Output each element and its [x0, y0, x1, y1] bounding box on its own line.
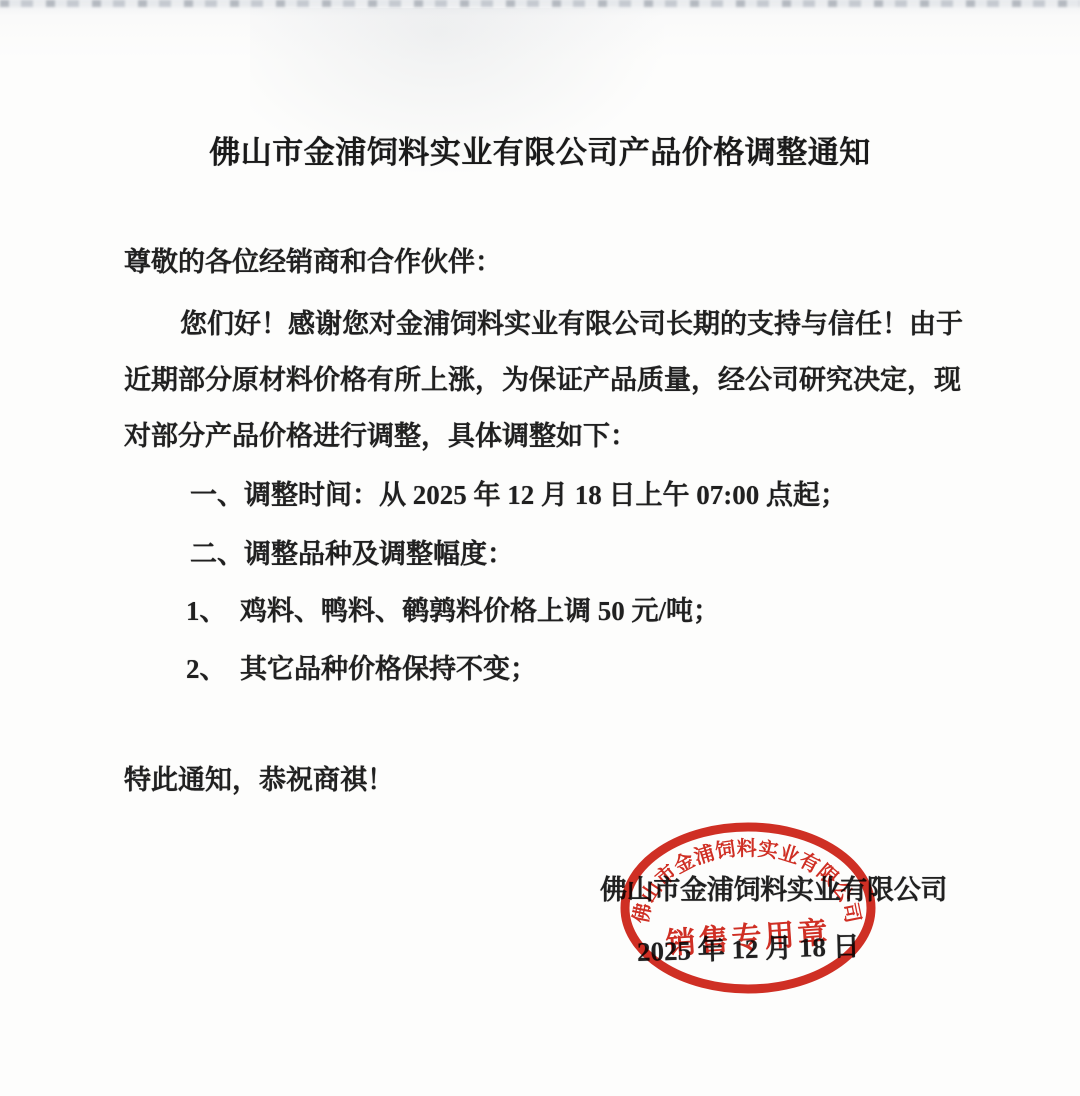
page-title: 佛山市金浦饲料实业有限公司产品价格调整通知	[0, 137, 1080, 168]
company-seal-stamp: 佛山市金浦饲料实业有限公司 销售专用章	[606, 808, 892, 1008]
seal-graphic: 佛山市金浦饲料实业有限公司 销售专用章	[606, 808, 892, 1008]
list-item-price-increase: 1、 鸡料、鸭料、鹌鹑料价格上调 50 元/吨；	[186, 598, 720, 625]
body-line-1: 您们好！感谢您对金浦饲料实业有限公司长期的支持与信任！由于	[180, 311, 963, 338]
scan-noise-strip	[0, 0, 1080, 7]
closing-line: 特此通知，恭祝商祺！	[124, 767, 394, 794]
salutation-line: 尊敬的各位经销商和合作伙伴：	[124, 249, 502, 276]
list-item-adjust-time: 一、调整时间：从 2025 年 12 月 18 日上午 07:00 点起；	[190, 482, 847, 509]
body-line-2: 近期部分原材料价格有所上涨，为保证产品质量，经公司研究决定，现	[124, 367, 961, 394]
body-line-3: 对部分产品价格进行调整，具体调整如下：	[124, 423, 637, 450]
scanned-notice-page: 佛山市金浦饲料实业有限公司产品价格调整通知 尊敬的各位经销商和合作伙伴： 您们好…	[0, 0, 1080, 1096]
list-item-price-unchanged: 2、 其它品种价格保持不变；	[186, 656, 537, 683]
seal-center-text: 销售专用章	[665, 915, 832, 960]
list-item-adjust-scope: 二、调整品种及调整幅度：	[190, 541, 514, 568]
